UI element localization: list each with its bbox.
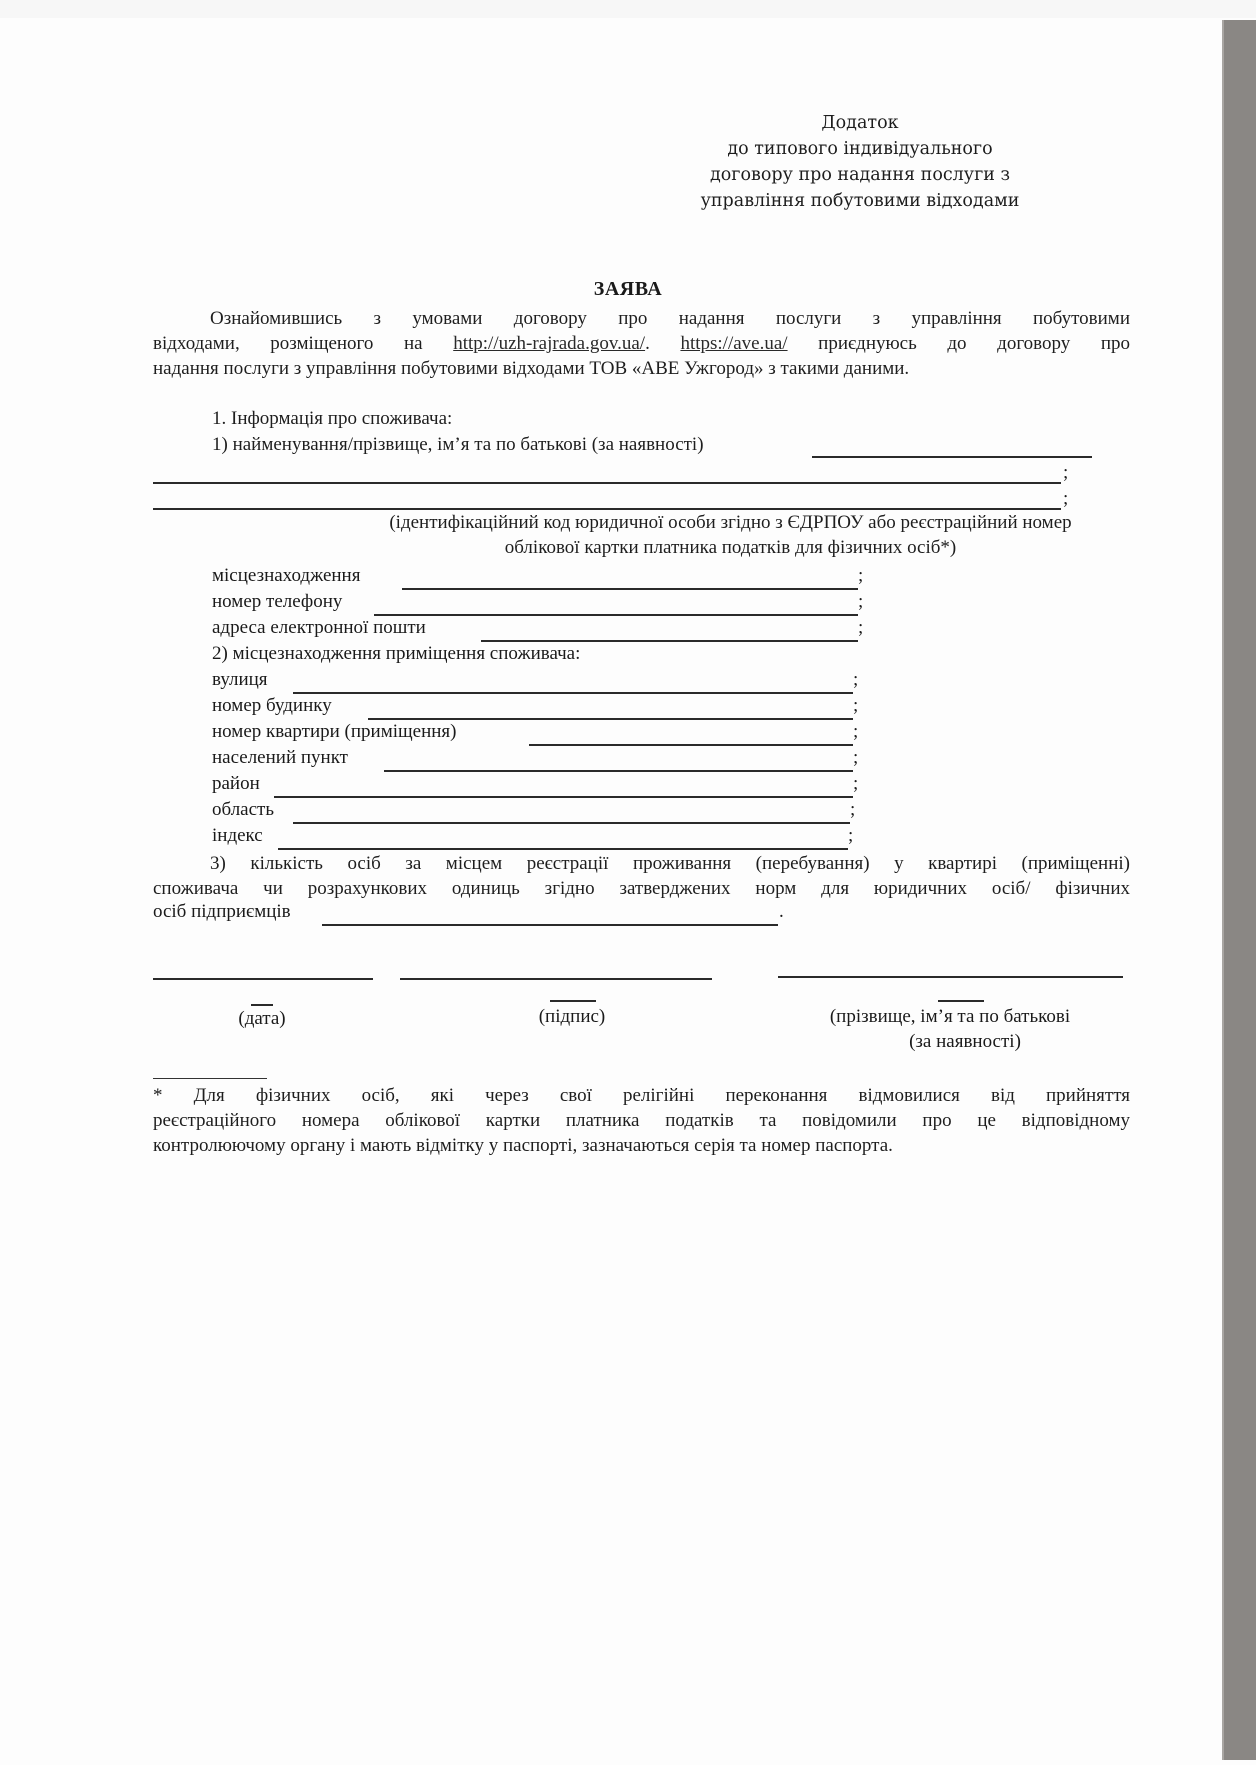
- location-field-line[interactable]: [402, 588, 858, 590]
- semicolon: ;: [853, 669, 858, 691]
- region-field-line[interactable]: [293, 822, 850, 824]
- date-signature-line[interactable]: [153, 978, 373, 980]
- semicolon: ;: [1063, 488, 1068, 510]
- footnote-line-1: * Для фізичних осіб, які через свої релі…: [153, 1083, 1130, 1108]
- footnote: * Для фізичних осіб, які через свої релі…: [153, 1083, 1130, 1158]
- settlement-label: населений пункт: [212, 747, 348, 769]
- appendix-title: Додаток: [640, 110, 1080, 136]
- appendix-line: управління побутовими відходами: [640, 188, 1080, 214]
- ave-link[interactable]: https://ave.ua/: [680, 333, 787, 354]
- id-code-line[interactable]: [153, 508, 1061, 510]
- intro-text: відходами, розміщеного на: [153, 333, 453, 354]
- id-code-note-line-2: облікової картки платника податків для ф…: [0, 537, 1256, 559]
- occupants-count-field-line[interactable]: [322, 924, 778, 926]
- semicolon: ;: [853, 773, 858, 795]
- name-field-label: 1) найменування/прізвище, ім’я та по бат…: [212, 434, 704, 456]
- email-label: адреса електронної пошти: [212, 617, 426, 639]
- name-field-line[interactable]: [812, 456, 1092, 458]
- semicolon: ;: [848, 825, 853, 847]
- street-field-line[interactable]: [293, 692, 853, 694]
- apartment-number-field-line[interactable]: [529, 744, 853, 746]
- phone-field-line[interactable]: [374, 614, 858, 616]
- semicolon: ;: [850, 799, 855, 821]
- signature-line[interactable]: [400, 978, 712, 980]
- premises-heading: 2) місцезнаходження приміщення споживача…: [212, 643, 580, 665]
- semicolon: ;: [858, 565, 863, 587]
- footnote-line-2: реєстраційного номера облікової картки п…: [153, 1108, 1130, 1133]
- postal-code-label: індекс: [212, 825, 263, 847]
- name-field-line-2[interactable]: [153, 482, 1061, 484]
- appendix-line: до типового індивідуального: [640, 136, 1080, 162]
- full-name-signature-line[interactable]: [778, 976, 1123, 978]
- intro-line-3: надання послуги з управління побутовими …: [153, 356, 1130, 381]
- phone-label: номер телефону: [212, 591, 342, 613]
- caption-tick-mark: [938, 1000, 984, 1002]
- district-label: район: [212, 773, 260, 795]
- footnote-separator: [153, 1078, 267, 1079]
- footnote-line-3: контролюючому органу і мають відмітку у …: [153, 1133, 1130, 1158]
- occupants-paragraph: 3) кількість осіб за місцем реєстрації п…: [153, 851, 1130, 901]
- semicolon: ;: [853, 695, 858, 717]
- semicolon: ;: [853, 747, 858, 769]
- postal-code-field-line[interactable]: [278, 848, 848, 850]
- building-number-label: номер будинку: [212, 695, 332, 717]
- district-field-line[interactable]: [274, 796, 853, 798]
- full-name-caption-line-1: (прізвище, ім’я та по батькові: [780, 1004, 1120, 1029]
- location-label: місцезнаходження: [212, 565, 360, 587]
- section-1-heading: 1. Інформація про споживача:: [212, 408, 452, 430]
- building-number-field-line[interactable]: [368, 718, 853, 720]
- appendix-line: договору про надання послуги з: [640, 162, 1080, 188]
- scan-top-margin: [0, 0, 1256, 18]
- signature-caption: (підпис): [512, 1004, 632, 1029]
- id-code-note-line-1: (ідентифікаційний код юридичної особи зг…: [0, 512, 1256, 534]
- intro-paragraph: Ознайомившись з умовами договору про над…: [153, 306, 1130, 381]
- intro-text: приєднуюсь до договору про: [788, 333, 1130, 354]
- date-caption: (дата): [202, 1006, 322, 1031]
- semicolon: ;: [858, 617, 863, 639]
- apartment-number-label: номер квартири (приміщення): [212, 721, 456, 743]
- full-name-caption-line-2: (за наявності): [780, 1029, 1120, 1054]
- semicolon: ;: [1063, 462, 1068, 484]
- settlement-field-line[interactable]: [384, 770, 853, 772]
- intro-line-2: відходами, розміщеного на http://uzh-raj…: [153, 331, 1130, 356]
- occupants-line-3-label: осіб підприємців: [153, 901, 291, 923]
- occupants-line-1: 3) кількість осіб за місцем реєстрації п…: [153, 851, 1130, 876]
- street-label: вулиця: [212, 669, 268, 691]
- occupants-line-2: споживача чи розрахункових одиниць згідн…: [153, 876, 1130, 901]
- appendix-header: Додаток до типового індивідуального дого…: [640, 110, 1080, 214]
- period: .: [779, 901, 784, 923]
- region-label: область: [212, 799, 274, 821]
- semicolon: ;: [853, 721, 858, 743]
- link-separator: .: [645, 333, 680, 354]
- rajrada-link[interactable]: http://uzh-rajrada.gov.ua/: [453, 333, 645, 354]
- semicolon: ;: [858, 591, 863, 613]
- caption-tick-mark: [550, 1000, 596, 1002]
- email-field-line[interactable]: [481, 640, 858, 642]
- document-title: ЗАЯВА: [0, 278, 1256, 301]
- intro-line-1: Ознайомившись з умовами договору про над…: [153, 306, 1130, 331]
